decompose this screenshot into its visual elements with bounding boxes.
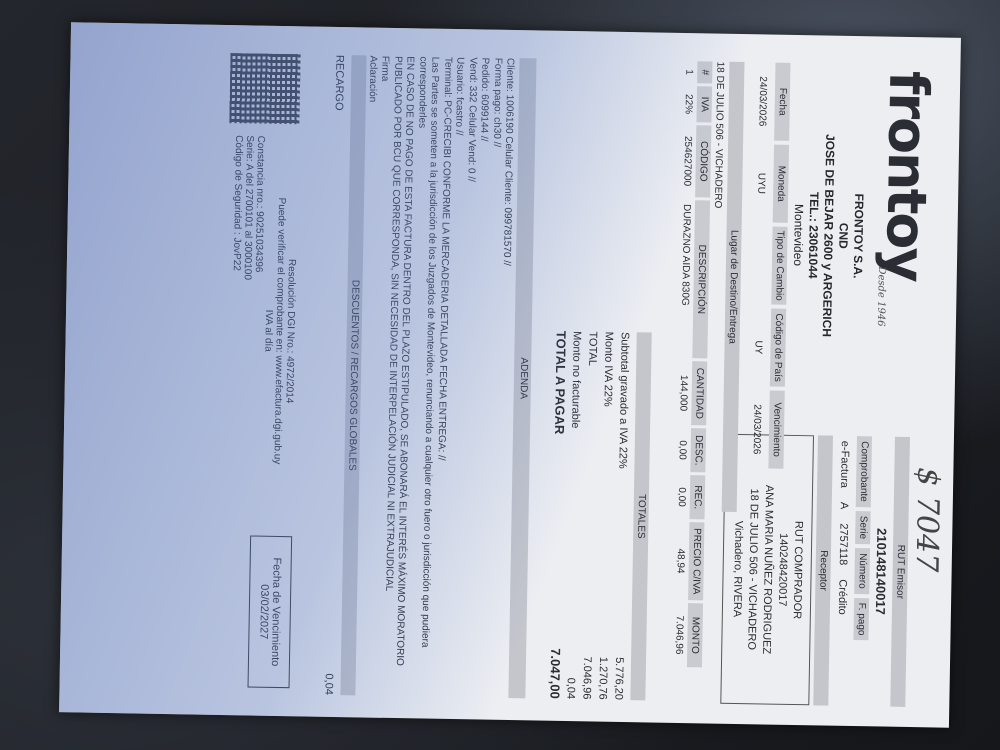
logo-tagline: Desde 1946 — [875, 266, 887, 326]
comprobante-label: Comprobante — [856, 436, 872, 507]
meta-headers: Fecha Moneda Tipo de Cambio Código de Pa… — [768, 63, 790, 469]
col-num: # — [697, 61, 712, 83]
cell: 254627000 — [681, 125, 693, 197]
total-value: 0,04 — [562, 678, 578, 700]
col-descripcion: DESCRIPCIÓN — [692, 200, 710, 358]
adenda-block: ADENDA Cliente: 1006190 Celular Cliente:… — [342, 55, 540, 698]
col-cantidad: CANTIDAD — [691, 361, 707, 425]
serie-value: A — [836, 497, 852, 515]
numero-value: 2757118 — [835, 518, 852, 570]
frontoy-logo: frontoy — [874, 70, 941, 281]
invoice-header-box: RUT Emisor 210148140017 Comprobante Seri… — [720, 434, 914, 707]
col-desc: DESC. — [690, 428, 706, 472]
meta-values: 24/03/2026 UYU UY 24/03/2026 — [750, 62, 768, 468]
serie-label: Serie — [855, 511, 871, 545]
global-value: 0,04 — [320, 673, 336, 695]
destination-label: Lugar de Destino/Entrega — [722, 62, 745, 512]
qr-code — [229, 53, 300, 124]
meta-pais: UY — [752, 308, 764, 386]
total-label: Monto IVA 22% — [599, 332, 616, 407]
issuer-block: FRONTOY S.A. CND JOSE DE BEJAR 2600 y AR… — [788, 105, 868, 366]
receptor-title: Receptor — [813, 435, 833, 705]
rut-emisor: 210148140017 — [871, 436, 891, 706]
total-label: Subtotal gravado a IVA 22% — [614, 332, 632, 469]
due-date-box: Fecha de Vencimiento 03/02/2027 — [248, 535, 293, 688]
invoice-sheet: frontoy Desde 1946 $ 7047 FRONTOY S.A. C… — [59, 22, 961, 727]
cell: 0,00 — [676, 475, 688, 519]
total-value: 7.046,96 — [578, 656, 595, 699]
col-codigo: CÓDIGO — [695, 125, 711, 197]
items-table: # IVA CÓDIGO DESCRIPCIÓN CANTIDAD DESC. … — [672, 61, 712, 701]
meta-pais-label: Código de País — [770, 309, 786, 387]
meta-vencimiento-label: Vencimiento — [768, 391, 784, 469]
total-value: 5.776,20 — [610, 657, 627, 700]
footer: Resolución DGI Nro.: 4972/2014 Puede ver… — [226, 135, 299, 526]
cell: 22% — [682, 86, 694, 122]
numero-label: Número — [854, 548, 870, 594]
cell: 144,000 — [677, 361, 689, 425]
comprobante-value: e-Factura — [836, 436, 853, 493]
cell: 7.046,96 — [673, 603, 685, 667]
total-value: 1.270,76 — [594, 657, 611, 700]
col-monto: MONTO — [687, 603, 703, 667]
meta-tipo-cambio-label: Tipo de Cambio — [771, 227, 787, 305]
col-rec: REC. — [690, 475, 706, 519]
cell: DURAZNO AIDA 830G — [678, 200, 692, 358]
due-label: Fecha de Vencimiento — [269, 537, 284, 687]
global-label: RECARGO — [331, 55, 348, 111]
meta-fecha: 24/03/2026 — [756, 62, 768, 140]
cell: 48,94 — [674, 522, 686, 600]
total-label: Monto no facturable — [567, 331, 585, 428]
cell: 1 — [683, 61, 694, 83]
col-precio: PRECIO C/IVA — [688, 522, 704, 600]
totals-title: TOTALES — [630, 332, 651, 700]
fpago-value: Crédito — [834, 574, 851, 620]
handwritten-note: $ 7047 — [909, 467, 946, 573]
col-iva: IVA — [696, 86, 712, 122]
total-label: TOTAL — [584, 331, 601, 366]
fpago-label: F. pago — [853, 598, 869, 641]
total-value: 7.047,00 — [546, 648, 563, 699]
meta-moneda-label: Moneda — [773, 145, 789, 223]
total-label: TOTAL A PAGAR — [551, 331, 569, 435]
cell: 0,00 — [676, 428, 688, 472]
meta-tipo-cambio — [753, 226, 765, 304]
totals-block: TOTALES Subtotal gravado a IVA 22%5.776,… — [546, 331, 655, 701]
rut-emisor-label: RUT Emisor — [890, 437, 910, 707]
meta-vencimiento: 24/03/2026 — [750, 390, 762, 468]
meta-moneda: UYU — [755, 144, 767, 222]
meta-fecha-label: Fecha — [774, 63, 790, 141]
